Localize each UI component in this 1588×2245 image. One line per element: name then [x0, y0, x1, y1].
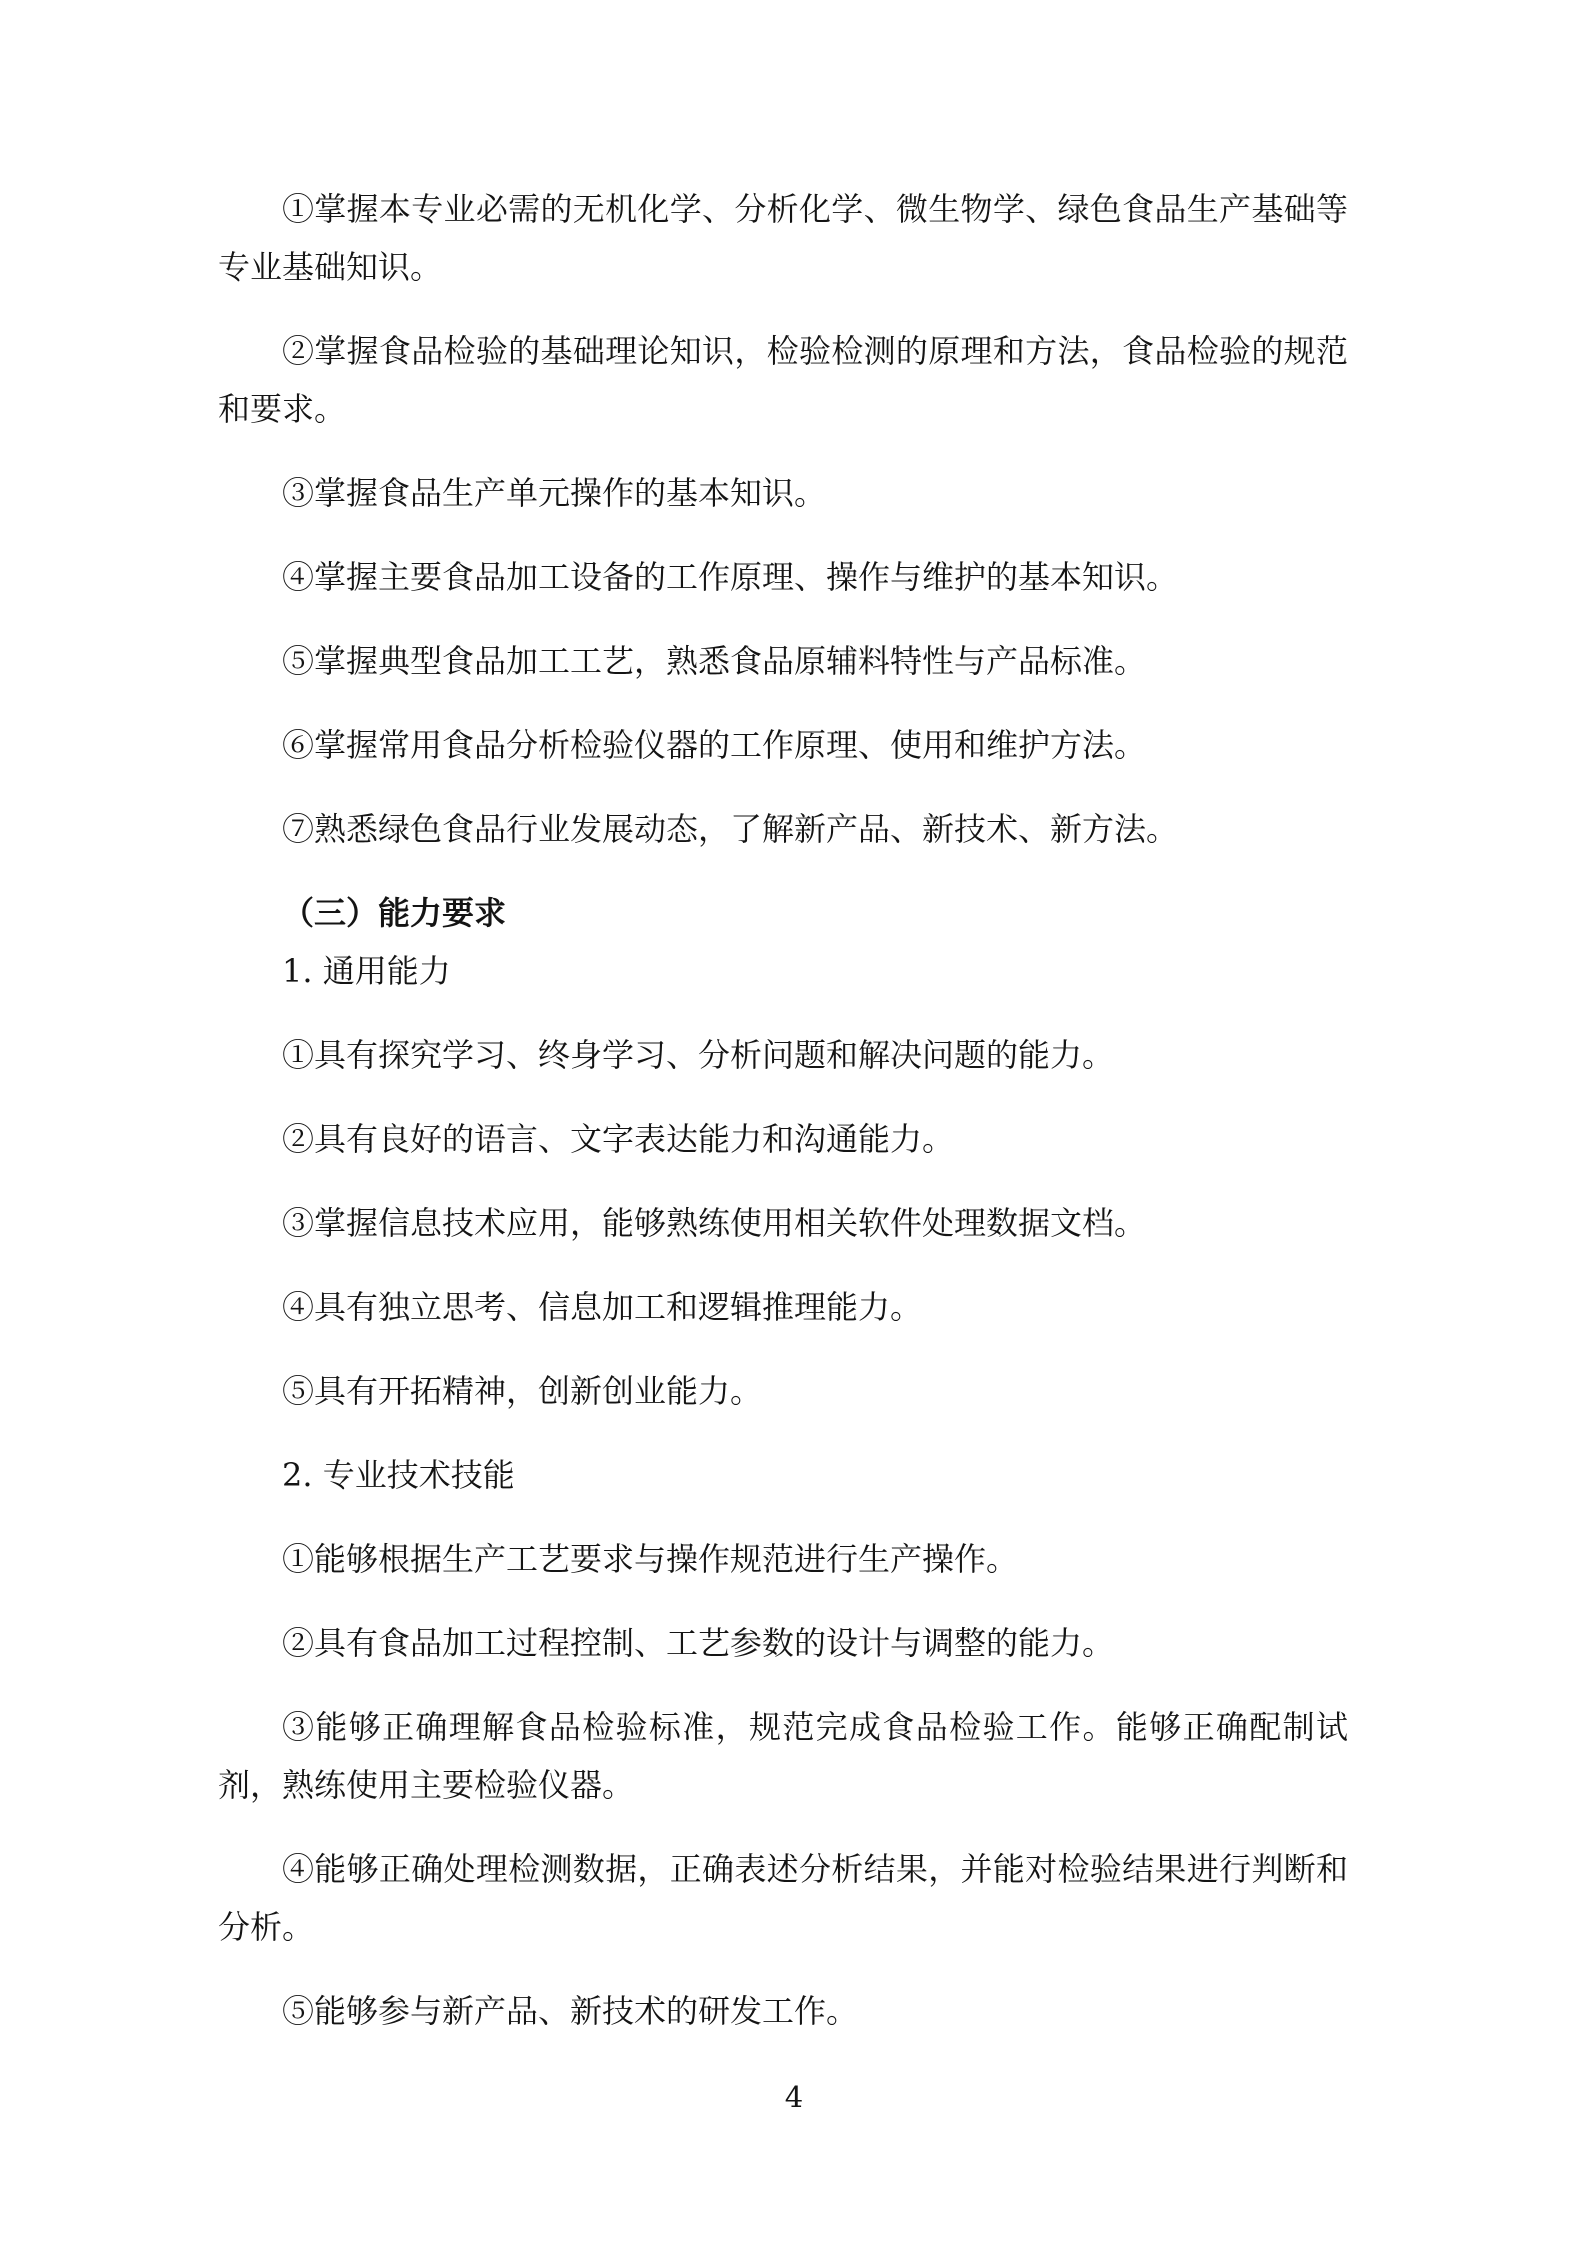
text-line: ④具有独立思考、信息加工和逻辑推理能力。: [218, 1278, 1348, 1336]
paragraph: ④能够正确处理检测数据，正确表述分析结果，并能对检验结果进行判断和分析。: [218, 1840, 1348, 1956]
document-body: ①掌握本专业必需的无机化学、分析化学、微生物学、绿色食品生产基础等专业基础知识。…: [218, 180, 1348, 2066]
paragraph: ③能够正确理解食品检验标准，规范完成食品检验工作。能够正确配制试剂，熟练使用主要…: [218, 1698, 1348, 1814]
sub-heading: 2. 专业技术技能: [218, 1446, 1348, 1504]
paragraph: ⑤具有开拓精神，创新创业能力。: [218, 1362, 1348, 1420]
paragraph: ⑤掌握典型食品加工工艺，熟悉食品原辅料特性与产品标准。: [218, 632, 1348, 690]
paragraph: ⑥掌握常用食品分析检验仪器的工作原理、使用和维护方法。: [218, 716, 1348, 774]
text-line: ⑤掌握典型食品加工工艺，熟悉食品原辅料特性与产品标准。: [218, 632, 1348, 690]
text-line: ①掌握本专业必需的无机化学、分析化学、微生物学、绿色食品生产基础等: [218, 180, 1348, 238]
text-line: ①具有探究学习、终身学习、分析问题和解决问题的能力。: [218, 1026, 1348, 1084]
text-line: （三）能力要求: [218, 884, 1348, 942]
text-line: 专业基础知识。: [218, 238, 1348, 296]
document-page: ①掌握本专业必需的无机化学、分析化学、微生物学、绿色食品生产基础等专业基础知识。…: [0, 0, 1588, 2245]
paragraph: ①掌握本专业必需的无机化学、分析化学、微生物学、绿色食品生产基础等专业基础知识。: [218, 180, 1348, 296]
page-footer: 4: [0, 2068, 1588, 2126]
paragraph: ⑤能够参与新产品、新技术的研发工作。: [218, 1982, 1348, 2040]
text-line: ④掌握主要食品加工设备的工作原理、操作与维护的基本知识。: [218, 548, 1348, 606]
text-line: ⑤能够参与新产品、新技术的研发工作。: [218, 1982, 1348, 2040]
text-line: 分析。: [218, 1898, 1348, 1956]
page-number: 4: [785, 2080, 803, 2114]
text-line: 剂，熟练使用主要检验仪器。: [218, 1756, 1348, 1814]
paragraph: ①具有探究学习、终身学习、分析问题和解决问题的能力。: [218, 1026, 1348, 1084]
text-line: ②具有良好的语言、文字表达能力和沟通能力。: [218, 1110, 1348, 1168]
text-line: ⑥掌握常用食品分析检验仪器的工作原理、使用和维护方法。: [218, 716, 1348, 774]
text-line: ③能够正确理解食品检验标准，规范完成食品检验工作。能够正确配制试: [218, 1698, 1348, 1756]
paragraph: ③掌握信息技术应用，能够熟练使用相关软件处理数据文档。: [218, 1194, 1348, 1252]
text-line: 2. 专业技术技能: [218, 1446, 1348, 1504]
text-line: ③掌握信息技术应用，能够熟练使用相关软件处理数据文档。: [218, 1194, 1348, 1252]
text-line: ④能够正确处理检测数据，正确表述分析结果，并能对检验结果进行判断和: [218, 1840, 1348, 1898]
text-line: ⑤具有开拓精神，创新创业能力。: [218, 1362, 1348, 1420]
paragraph: ④掌握主要食品加工设备的工作原理、操作与维护的基本知识。: [218, 548, 1348, 606]
paragraph: ④具有独立思考、信息加工和逻辑推理能力。: [218, 1278, 1348, 1336]
text-line: 1. 通用能力: [218, 942, 1348, 1000]
text-line: ②具有食品加工过程控制、工艺参数的设计与调整的能力。: [218, 1614, 1348, 1672]
paragraph: ②具有良好的语言、文字表达能力和沟通能力。: [218, 1110, 1348, 1168]
paragraph: ⑦熟悉绿色食品行业发展动态，了解新产品、新技术、新方法。: [218, 800, 1348, 858]
paragraph: ①能够根据生产工艺要求与操作规范进行生产操作。: [218, 1530, 1348, 1588]
text-line: ②掌握食品检验的基础理论知识，检验检测的原理和方法，食品检验的规范: [218, 322, 1348, 380]
text-line: 和要求。: [218, 380, 1348, 438]
sub-heading: 1. 通用能力: [218, 942, 1348, 1000]
paragraph: ②具有食品加工过程控制、工艺参数的设计与调整的能力。: [218, 1614, 1348, 1672]
paragraph: ③掌握食品生产单元操作的基本知识。: [218, 464, 1348, 522]
paragraph: ②掌握食品检验的基础理论知识，检验检测的原理和方法，食品检验的规范和要求。: [218, 322, 1348, 438]
section-heading: （三）能力要求: [218, 884, 1348, 942]
text-line: ①能够根据生产工艺要求与操作规范进行生产操作。: [218, 1530, 1348, 1588]
text-line: ③掌握食品生产单元操作的基本知识。: [218, 464, 1348, 522]
text-line: ⑦熟悉绿色食品行业发展动态，了解新产品、新技术、新方法。: [218, 800, 1348, 858]
